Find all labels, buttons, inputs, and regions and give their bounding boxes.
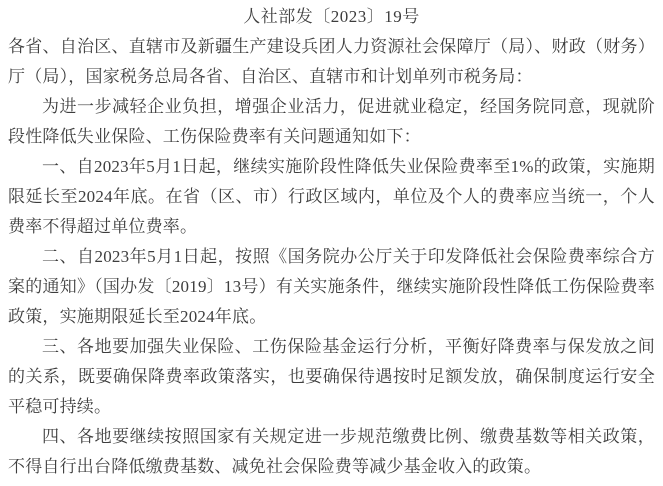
paragraph-item-3: 三、各地要加强失业保险、工伤保险基金运行分析，平衡好降费率与保发放之间的关系，既…: [8, 332, 655, 422]
paragraph-intro: 为进一步减轻企业负担，增强企业活力，促进就业稳定，经国务院同意，现就阶段性降低失…: [8, 92, 655, 152]
recipients-line: 各省、自治区、直辖市及新疆生产建设兵团人力资源社会保障厅（局）、财政（财务）厅（…: [8, 32, 655, 92]
paragraph-item-2: 二、自2023年5月1日起，按照《国务院办公厅关于印发降低社会保险费率综合方案的…: [8, 242, 655, 332]
doc-number: 人社部发〔2023〕19号: [8, 2, 655, 32]
paragraph-item-1: 一、自2023年5月1日起，继续实施阶段性降低失业保险费率至1%的政策，实施期限…: [8, 152, 655, 242]
paragraph-item-4: 四、各地要继续按照国家有关规定进一步规范缴费比例、缴费基数等相关政策，不得自行出…: [8, 422, 655, 482]
document-page: 人社部发〔2023〕19号 各省、自治区、直辖市及新疆生产建设兵团人力资源社会保…: [0, 0, 663, 486]
